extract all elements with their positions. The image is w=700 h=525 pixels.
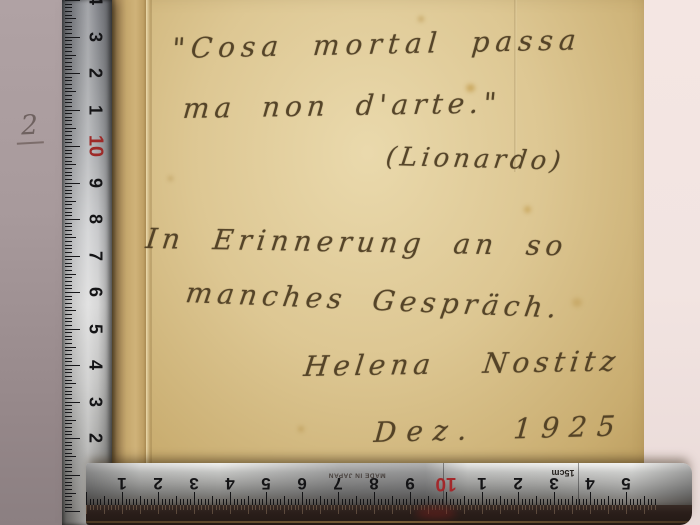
book-board-edge (112, 0, 146, 478)
pencil-number-annotation: 2 (15, 109, 44, 144)
ruler-bottom-edge-highlight (86, 521, 692, 523)
horizontal-ruler: 1234567891012345 15cm MADE IN JAPAN (86, 463, 692, 525)
handwritten-quote-line-1: "Cosa mortal passa (171, 23, 583, 65)
ruler-length-label: 15cm (551, 468, 574, 478)
book-endpaper-page: "Cosa mortal passa ma non d'arte." (Lion… (112, 0, 644, 478)
handwritten-quote-line-2: ma non d'arte." (182, 86, 503, 125)
foxing-spot (572, 298, 582, 307)
handwritten-attribution: (Lionardo) (384, 142, 566, 177)
vertical-ruler: 432110987654321 (62, 0, 112, 525)
foxing-spot (524, 206, 531, 213)
ruler-made-in-label: MADE IN JAPAN (328, 472, 385, 479)
foxing-spot (168, 176, 173, 181)
handwritten-dedication-line-2: manches Gespräch. (184, 276, 564, 325)
foxing-spot (418, 16, 424, 22)
foxing-spot (298, 426, 304, 432)
handwritten-signature: Helena Nostitz (302, 344, 622, 383)
red-ink-reflection (416, 507, 456, 519)
photographed-book-page: "Cosa mortal passa ma non d'arte." (Lion… (0, 0, 700, 525)
handwritten-dedication-line-1: In Erinnerung an so (144, 222, 570, 262)
handwritten-date: Dez. 1925 (373, 409, 626, 449)
